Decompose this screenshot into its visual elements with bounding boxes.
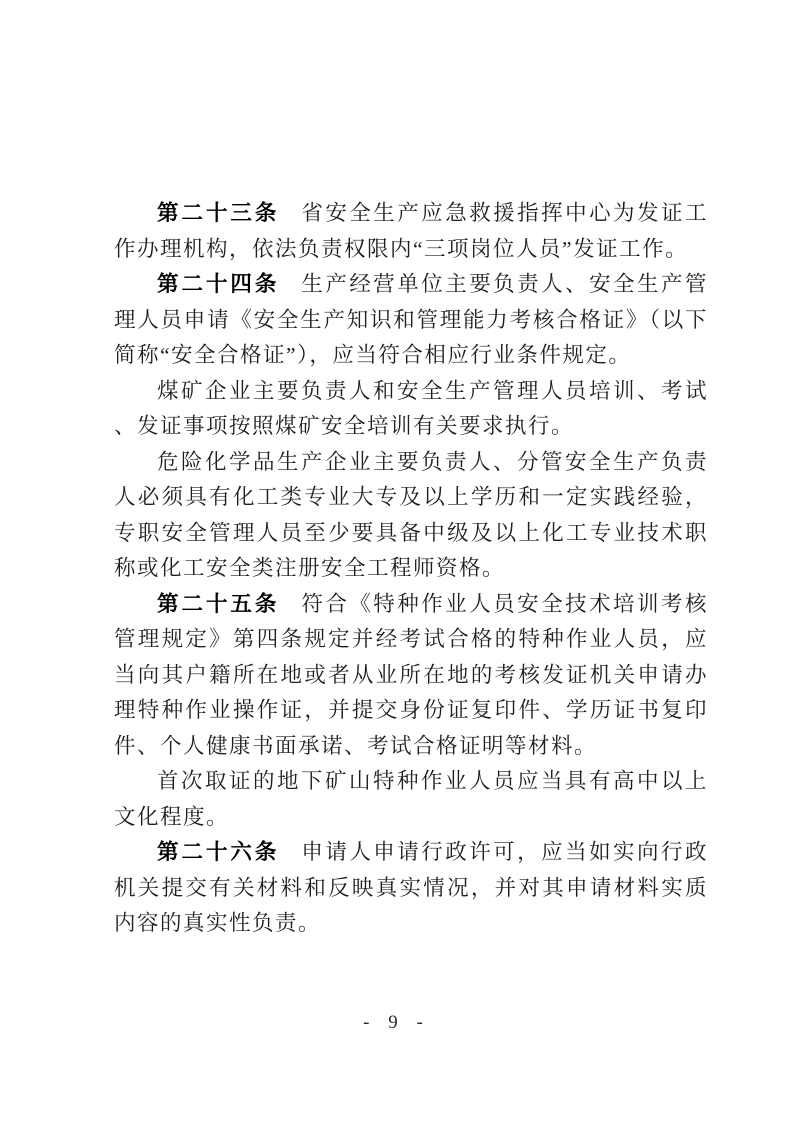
article-number: 第二十五条: [157, 592, 279, 616]
paragraph: 首次取证的地下矿山特种作业人员应当具有高中以上文化程度。: [114, 764, 708, 835]
paragraph-text: 煤矿企业主要负责人和安全生产管理人员培训、考试、发证事项按照煤矿安全培训有关要求…: [114, 379, 708, 439]
paragraph: 煤矿企业主要负责人和安全生产管理人员培训、考试、发证事项按照煤矿安全培训有关要求…: [114, 374, 708, 445]
paragraph: 第二十五条符合《特种作业人员安全技术培训考核管理规定》第四条规定并经考试合格的特…: [114, 587, 708, 765]
document-page: 第二十三条省安全生产应急救援指挥中心为发证工作办理机构，依法负责权限内“三项岗位…: [0, 0, 793, 1122]
paragraph: 第二十三条省安全生产应急救援指挥中心为发证工作办理机构，依法负责权限内“三项岗位…: [114, 196, 708, 267]
paragraph: 危险化学品生产企业主要负责人、分管安全生产负责人必须具有化工类专业大专及以上学历…: [114, 445, 708, 587]
paragraph-text: 首次取证的地下矿山特种作业人员应当具有高中以上文化程度。: [114, 769, 708, 829]
document-body: 第二十三条省安全生产应急救援指挥中心为发证工作办理机构，依法负责权限内“三项岗位…: [114, 196, 708, 942]
paragraph: 第二十四条生产经营单位主要负责人、安全生产管理人员申请《安全生产知识和管理能力考…: [114, 267, 708, 374]
paragraph: 第二十六条申请人申请行政许可，应当如实向行政机关提交有关材料和反映真实情况，并对…: [114, 835, 708, 942]
page-number: - 9 -: [0, 1012, 793, 1034]
paragraph-text: 符合《特种作业人员安全技术培训考核管理规定》第四条规定并经考试合格的特种作业人员…: [114, 592, 708, 758]
paragraph-text: 危险化学品生产企业主要负责人、分管安全生产负责人必须具有化工类专业大专及以上学历…: [114, 450, 708, 581]
article-number: 第二十三条: [157, 201, 279, 225]
article-number: 第二十六条: [157, 840, 279, 864]
article-number: 第二十四条: [157, 272, 279, 296]
